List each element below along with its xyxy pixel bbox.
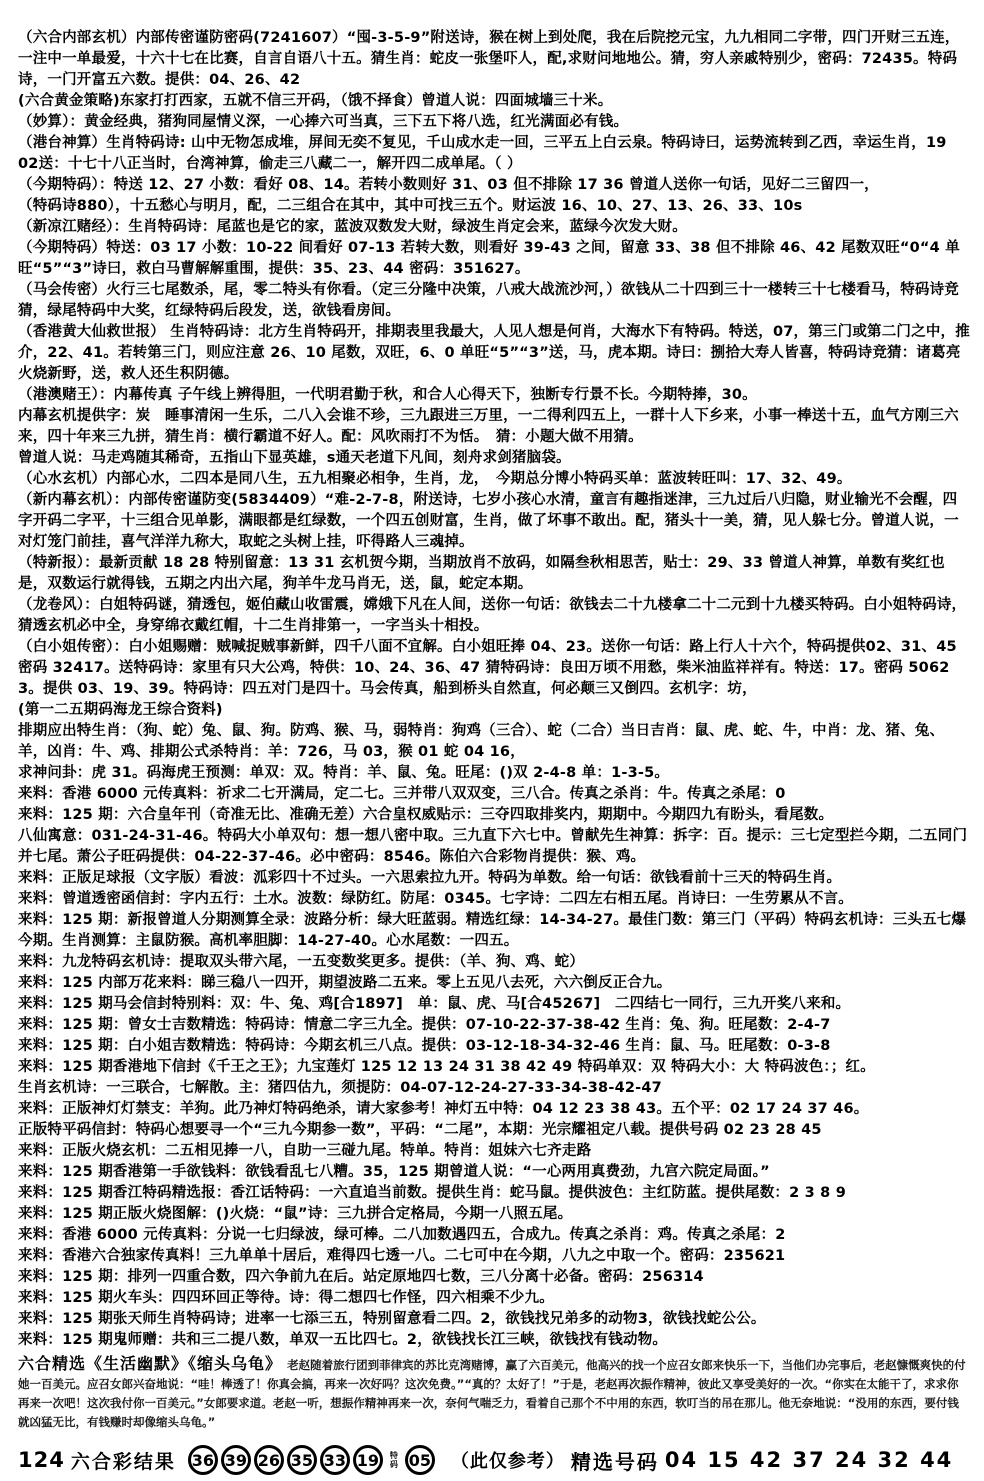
text-line: 来料：125 期：新报曾道人分期测算全录：波路分析：绿大旺蓝弱。精选红绿：14-…	[18, 910, 970, 952]
text-line: 求神问卦：虎 31。码海虎王预测：单双：双。特肖：羊、鼠、兔。旺尾：()双 2-…	[18, 763, 970, 784]
result-number-ball: 19	[353, 1445, 383, 1475]
paragraphs: （六合内部玄机）内部传密谨防密码(7241607）“囤-3-5-9”附送诗，猴在…	[18, 28, 970, 1351]
text-line: 八仙寓意：031-24-31-46。特码大小单双句：想一想八密中取。三九直下六七…	[18, 826, 970, 868]
text-line: 内幕玄机提供字：炭 睡事清闲一生乐，二八入会谁不珍，三九跟进三万里，一二得利四五…	[18, 406, 970, 448]
text-line: （妙算）：黄金经典，猪狗同屋情义深，一心捧六可当真，三下五下将八选，红光满面必有…	[18, 112, 970, 133]
text-line: 来料：正版火烧玄机：二五相见捧一八，自助一三碰九尾。特单。特肖：姐妹六七齐走路	[18, 1141, 970, 1162]
text-line: 来料：125 期：排列一四重合数，四六争前九在后。站定原地四七数，三八分离十必备…	[18, 1267, 970, 1288]
result-number-ball: 26	[254, 1445, 284, 1475]
text-line: 来料：125 期香港第一手欲钱料：欲钱看乱七八糟。35，125 期曾道人说：“一…	[18, 1162, 970, 1183]
text-line: 来料：125 期：白小姐吉数精选：特码诗：今期玄机三八点。提供：03-12-18…	[18, 1036, 970, 1057]
result-number-ball: 33	[320, 1445, 350, 1475]
text-line: 生肖玄机诗：一三联合，七解散。主：猪四估九，须提防：04-07-12-24-27…	[18, 1078, 970, 1099]
text-line: （六合内部玄机）内部传密谨防密码(7241607）“囤-3-5-9”附送诗，猴在…	[18, 28, 970, 91]
result-bar: 124 六合彩结果 363926353319 特码 05 （此仅参考） 精选号码…	[18, 1445, 970, 1475]
text-line: （龙卷风）：白姐特码谜，猜透包，姬伯藏山收雷震，嫦娥下凡在人间，送你一句话：欲钱…	[18, 595, 970, 637]
text-line: (第一二五期码海龙王综合资料)	[18, 700, 970, 721]
humor-section: 六合精选《生活幽默》《缩头乌龟》 老赵随着旅行团到菲律宾的苏比克湾赌博，赢了六百…	[18, 1355, 970, 1431]
picks-numbers: 04 15 42 37 24 32 44	[665, 1448, 953, 1472]
text-line: 来料：香港 6000 元传真料：祈求二七开满局，定二七。三并带八双双变，三八合。…	[18, 784, 970, 805]
text-line: 来料：正版足球报（文字版）看波：泒彩四十不过头。一六思索拉九开。特码为单数。给一…	[18, 868, 970, 889]
text-line: （心水玄机）内部心水，二四本是同八生，五九相聚必相争，生肖，龙， 今期总分博小特…	[18, 469, 970, 490]
result-number-ball: 36	[188, 1445, 218, 1475]
result-note: （此仅参考）	[451, 1447, 565, 1473]
text-line: （港台神算）生肖特码诗: 山中无物怎成堆，屏间无奕不复见，千山成水走一回，三平五…	[18, 133, 970, 175]
text-line: 正版特平码信封：特码心想要寻一个“三九今期参一数”，平码：“二尾”，本期：光宗耀…	[18, 1120, 970, 1141]
text-line: 来料：香港 6000 元传真料：分说一七归绿波，绿可棒。二八加数遇四五，合成九。…	[18, 1225, 970, 1246]
text-line: 来料：125 期正版火烧图解：()火烧：“鼠”诗：三九拼合定格局，今期一八照五尾…	[18, 1204, 970, 1225]
text-line: 来料：正版神灯灯禁支：羊狗。此乃神灯特码绝杀，请大家参考！神灯五中特：04 12…	[18, 1099, 970, 1120]
result-issue: 124	[18, 1448, 65, 1472]
text-line: 来料：曾道透密函信封：字内五行：土水。波数：绿防红。防尾：0345。七字诗：二四…	[18, 889, 970, 910]
text-line: （马会传密）火行三七尾数杀，尾，零二特头有你看。（定三分隆中决策，八戒大战流沙河…	[18, 280, 970, 322]
result-label: 六合彩结果	[71, 1447, 176, 1474]
text-line: 来料：九龙特码玄机诗：提取双头带六尾，一五变数奖更多。提供：（羊、狗、鸡、蛇）	[18, 952, 970, 973]
special-number-label: 特码	[390, 1451, 398, 1469]
text-line: 来料：125 期：曾女士吉数精选：特码诗：情意二字三九全。提供：07-10-22…	[18, 1015, 970, 1036]
text-line: （白小姐传密）：白小姐赐赠：贼喊捉贼事新鲜，四千八面不宜解。白小姐旺捧 04、2…	[18, 637, 970, 700]
text-line: 来料：125 期火车头：四四环回正等待。诗：得二想四七作怪，四六相乘不少九。	[18, 1288, 970, 1309]
text-line: 来料：125 期香港地下信封《千王之王》；九宝莲灯 125 12 13 24 3…	[18, 1057, 970, 1078]
text-line: 来料：125 期马会信封特别料：双：牛、兔、鸡[合1897] 单：鼠、虎、马[合…	[18, 994, 970, 1015]
text-line: 来料：125 内部万花来料：睇三稳八一四开，期望波路二五来。零上五见八去死，六六…	[18, 973, 970, 994]
text-line: (六合黄金策略)东家打打西家，五就不信三开码，（饿不择食）曾道人说：四面城墙三十…	[18, 91, 970, 112]
result-numbers: 363926353319	[188, 1445, 383, 1475]
humor-title: 六合精选《生活幽默》《缩头乌龟》	[18, 1354, 282, 1373]
text-line: （新内幕玄机）：内部传密谨防变(5834409）“难-2-7-8，附送诗，七岁小…	[18, 490, 970, 553]
text-line: 来料：125 期香江特码精选报：香江话特码：一六直追当前数。提供生肖：蛇马鼠。提…	[18, 1183, 970, 1204]
text-line: （新凉江赌经）：生肖特码诗：尾蓝也是它的家，蓝波双数发大财，绿波生肖定会来，蓝绿…	[18, 217, 970, 238]
text-line: 来料：125 期鬼师赠：共和三二提八数，单双一五比四七。2，欲钱找长江三峡，欲钱…	[18, 1330, 970, 1351]
text-line: （港澳赌王）：内幕传真 子午线上辨得胆，一代明君勤于秋，和合人心得天下，独断专行…	[18, 385, 970, 406]
text-line: （今期特码）：特送 12、27 小数：看好 08、14。若转小数则好 31、03…	[18, 175, 970, 196]
special-number-ball: 05	[405, 1445, 435, 1475]
text-line: 来料：125 期：六合皇年刊（奇准无比、准确无差）六合皇权威贴示：三夺四取排奖内…	[18, 805, 970, 826]
text-line: 来料：125 期张天师生肖特码诗；进率一七添三五，特别留意看二四。2，欲钱找兄弟…	[18, 1309, 970, 1330]
text-line: （香港黄大仙救世报） 生肖特码诗：北方生肖特码开，排期表里我最大，人见人想是何肖…	[18, 322, 970, 385]
text-line: 来料：香港六合独家传真料！三九单单十居后，难得四七透一八。二七可中在今期，八九之…	[18, 1246, 970, 1267]
text-line: （特新报）：最新贡献 18 28 特别留意：13 31 玄机贺今期，当期放肖不放…	[18, 553, 970, 595]
text-line: （特码诗880），十五愁心与明月，配，二三组合在其中，其中可找三五个。财运波 1…	[18, 196, 970, 217]
picks-label: 精选号码	[571, 1446, 659, 1475]
text-line: （今期特码）特送：03 17 小数：10-22 间看好 07-13 若转大数，则…	[18, 238, 970, 280]
text-line: 曾道人说：马走鸡随其稀奇，五指山下显英雄，s通天老道下凡间，刻舟求剑猪脑袋。	[18, 448, 970, 469]
result-number-ball: 39	[221, 1445, 251, 1475]
result-number-ball: 35	[287, 1445, 317, 1475]
text-line: 排期应出特生肖：（狗、蛇）兔、鼠、狗。防鸡、猴、马，弱特肖：狗鸡（三合）、蛇（二…	[18, 721, 970, 763]
document-page: （六合内部玄机）内部传密谨防密码(7241607）“囤-3-5-9”附送诗，猴在…	[0, 0, 984, 1481]
